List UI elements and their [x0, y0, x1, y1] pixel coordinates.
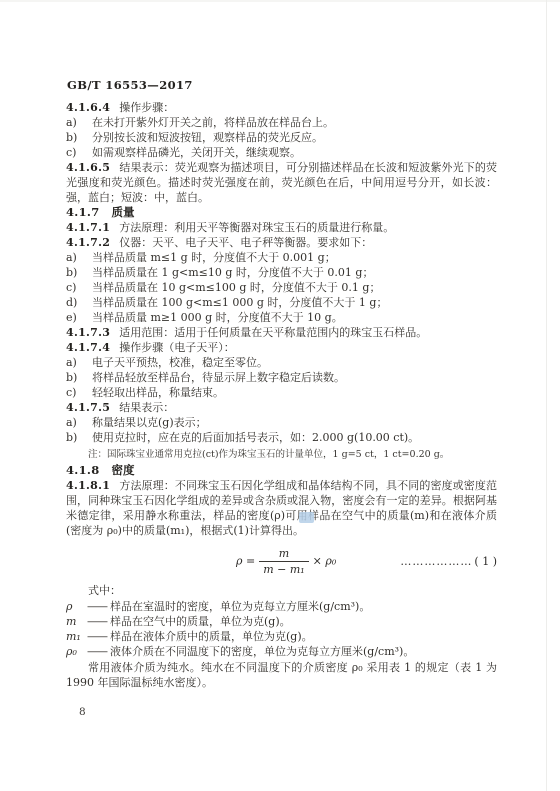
clause-text: 密度 — [112, 463, 135, 477]
clause-number: 4.1.7.4 — [66, 341, 110, 354]
list-item-marker: c) — [66, 385, 92, 400]
equation-number: ( 1 ) — [474, 555, 497, 568]
definition-dash: —— — [87, 629, 107, 644]
clause-paragraph: 4.1.8.1方法原理：不同珠宝玉石因化学组成和晶体结构不同，具不同的密度或密度… — [66, 478, 497, 538]
list-item-text: 在未打开紫外灯开关之前，将样品放在样品台上。 — [92, 115, 497, 130]
list-item-text: 轻轻取出样品，称量结束。 — [92, 385, 497, 400]
list-item-marker: b) — [66, 265, 92, 280]
clause-number: 4.1.6.4 — [66, 101, 110, 114]
list-item-text: 当样品质量 m≥1 000 g 时，分度值不大于 10 g。 — [92, 310, 497, 325]
symbol: m — [66, 614, 87, 629]
document-page: GB/T 16553—2017 4.1.6.4操作步骤：a)在未打开紫外灯开关之… — [0, 0, 560, 791]
equation-rhs: × ρ₀ — [313, 555, 337, 568]
clause-number: 4.1.7.3 — [66, 326, 110, 339]
list-item-text: 如需观察样品磷光，关闭开关，继续观察。 — [92, 145, 497, 160]
symbol-definition: m₁——样品在液体介质中的质量，单位为克(g)。 — [66, 629, 497, 644]
leader-dots: ……………… — [400, 555, 472, 568]
list-item-text: 当样品质量在 10 g<m≤100 g 时，分度值不大于 0.1 g； — [92, 280, 497, 295]
list-item-marker: b) — [66, 130, 92, 145]
list-item-text: 将样品轻放至样品台，待显示屏上数字稳定后读数。 — [92, 370, 497, 385]
list-item: a)当样品质量 m≤1 g 时，分度值不大于 0.001 g； — [66, 250, 497, 265]
list-item: b)使用克拉时，应在克的后面加括号表示，如：2.000 g(10.00 ct)。 — [66, 430, 497, 445]
list-item-text: 电子天平预热，校准，稳定至零位。 — [92, 355, 497, 370]
definition-dash: —— — [87, 644, 107, 659]
list-item-text: 使用克拉时，应在克的后面加括号表示，如：2.000 g(10.00 ct)。 — [92, 430, 497, 445]
clause-number: 4.1.8 — [66, 463, 100, 477]
clause-paragraph: 4.1.7.3适用范围：适用于任何质量在天平称量范围内的珠宝玉石样品。 — [66, 325, 497, 340]
list-item-marker: d) — [66, 295, 92, 310]
clause-number: 4.1.7.1 — [66, 221, 110, 234]
list-item-text: 称量结果以克(g)表示； — [92, 415, 497, 430]
list-item: a)电子天平预热，校准，稳定至零位。 — [66, 355, 497, 370]
clause-number: 4.1.7.5 — [66, 401, 110, 414]
list-item-marker: a) — [66, 415, 92, 430]
body-paragraph: 常用液体介质为纯水。纯水在不同温度下的介质密度 ρ₀ 采用表 1 的规定（表 1… — [66, 660, 497, 690]
definition-dash: —— — [87, 599, 107, 614]
standard-number-header: GB/T 16553—2017 — [67, 78, 193, 92]
section-heading: 4.1.8密度 — [66, 463, 497, 478]
list-item-marker: c) — [66, 280, 92, 295]
list-item-marker: c) — [66, 145, 92, 160]
clause-number: 4.1.6.5 — [66, 161, 110, 174]
clause-paragraph: 4.1.6.5结果表示：荧光观察为描述项目，可分别描述样品在长波和短波紫外光下的… — [66, 160, 497, 205]
note-paragraph: 注：国际珠宝业通常用克拉(ct)作为珠宝玉石的计量单位，1 g=5 ct，1 c… — [88, 448, 497, 461]
clause-text: 操作步骤（电子天平）： — [119, 341, 235, 354]
clause-paragraph: 4.1.7.5结果表示： — [66, 400, 497, 415]
list-item: b)当样品质量在 1 g<m≤10 g 时，分度值不大于 0.01 g； — [66, 265, 497, 280]
watermark-stamp — [299, 512, 314, 523]
clause-text: 质量 — [112, 205, 135, 219]
clause-text: 结果表示：荧光观察为描述项目，可分别描述样品在长波和短波紫外光下的荧光强度和荧光… — [66, 161, 497, 204]
definition-text: 样品在空气中的质量，单位为克(g)。 — [110, 614, 497, 629]
list-item: c)轻轻取出样品，称量结束。 — [66, 385, 497, 400]
fraction-denominator: m − m₁ — [259, 562, 308, 576]
definition-text: 样品在液体介质中的质量，单位为克(g)。 — [110, 629, 497, 644]
list-item: b)将样品轻放至样品台，待显示屏上数字稳定后读数。 — [66, 370, 497, 385]
definition-dash: —— — [87, 614, 107, 629]
equation-lhs: ρ = — [236, 555, 255, 568]
list-item-marker: a) — [66, 355, 92, 370]
list-item-marker: e) — [66, 310, 92, 325]
scan-right-edge — [546, 0, 547, 791]
equation-1: ρ =mm − m₁× ρ₀………………( 1 ) — [66, 545, 497, 579]
scan-top-edge — [0, 0, 560, 2]
clause-paragraph: 4.1.7.2仪器：天平、电子天平、电子秤等衡器。要求如下： — [66, 235, 497, 250]
equation-leader: ………………( 1 ) — [400, 554, 497, 569]
list-item: e)当样品质量 m≥1 000 g 时，分度值不大于 10 g。 — [66, 310, 497, 325]
clause-number: 4.1.8.1 — [66, 479, 110, 492]
list-item-marker: b) — [66, 370, 92, 385]
clause-number: 4.1.7.2 — [66, 236, 110, 249]
symbol-definition: ρ——样品在室温时的密度，单位为克每立方厘米(g/cm³)。 — [66, 599, 497, 614]
list-item-marker: b) — [66, 430, 92, 445]
clause-text: 结果表示： — [119, 401, 174, 414]
symbol: ρ — [66, 599, 87, 614]
list-item-marker: a) — [66, 250, 92, 265]
body-paragraph: 式中： — [88, 583, 497, 598]
section-heading: 4.1.7质量 — [66, 205, 497, 220]
equation-body: ρ =mm − m₁× ρ₀ — [236, 547, 336, 576]
definition-text: 样品在室温时的密度，单位为克每立方厘米(g/cm³)。 — [110, 599, 497, 614]
page-number: 8 — [79, 706, 86, 718]
list-item: b)分别按长波和短波按钮，观察样品的荧光反应。 — [66, 130, 497, 145]
list-item-text: 当样品质量 m≤1 g 时，分度值不大于 0.001 g； — [92, 250, 497, 265]
list-item: c)如需观察样品磷光，关闭开关，继续观察。 — [66, 145, 497, 160]
clause-paragraph: 4.1.6.4操作步骤： — [66, 100, 497, 115]
clause-paragraph: 4.1.7.1方法原理：利用天平等衡器对珠宝玉石的质量进行称量。 — [66, 220, 497, 235]
list-item-marker: a) — [66, 115, 92, 130]
clause-text: 操作步骤： — [119, 101, 174, 114]
list-item-text: 分别按长波和短波按钮，观察样品的荧光反应。 — [92, 130, 497, 145]
list-item: a)在未打开紫外灯开关之前，将样品放在样品台上。 — [66, 115, 497, 130]
definition-text: 液体介质在不同温度下的密度，单位为克每立方厘米(g/cm³)。 — [110, 644, 497, 659]
clause-text: 适用范围：适用于任何质量在天平称量范围内的珠宝玉石样品。 — [119, 326, 427, 339]
fraction-numerator: m — [259, 547, 308, 562]
symbol-definition: ρ₀——液体介质在不同温度下的密度，单位为克每立方厘米(g/cm³)。 — [66, 644, 497, 659]
clause-text: 方法原理：不同珠宝玉石因化学组成和晶体结构不同，具不同的密度或密度范围，同种珠宝… — [66, 479, 497, 537]
clause-text: 方法原理：利用天平等衡器对珠宝玉石的质量进行称量。 — [119, 221, 394, 234]
list-item: d)当样品质量在 100 g<m≤1 000 g 时，分度值不大于 1 g； — [66, 295, 497, 310]
symbol: m₁ — [66, 629, 87, 644]
symbol-definition: m——样品在空气中的质量，单位为克(g)。 — [66, 614, 497, 629]
clause-text: 仪器：天平、电子天平、电子秤等衡器。要求如下： — [119, 236, 372, 249]
list-item-text: 当样品质量在 100 g<m≤1 000 g 时，分度值不大于 1 g； — [92, 295, 497, 310]
list-item: c)当样品质量在 10 g<m≤100 g 时，分度值不大于 0.1 g； — [66, 280, 497, 295]
list-item-text: 当样品质量在 1 g<m≤10 g 时，分度值不大于 0.01 g； — [92, 265, 497, 280]
list-item: a)称量结果以克(g)表示； — [66, 415, 497, 430]
clause-paragraph: 4.1.7.4操作步骤（电子天平）： — [66, 340, 497, 355]
fraction: mm − m₁ — [259, 547, 308, 576]
document-body: 4.1.6.4操作步骤：a)在未打开紫外灯开关之前，将样品放在样品台上。b)分别… — [66, 100, 497, 691]
symbol: ρ₀ — [66, 644, 87, 659]
clause-number: 4.1.7 — [66, 205, 100, 219]
